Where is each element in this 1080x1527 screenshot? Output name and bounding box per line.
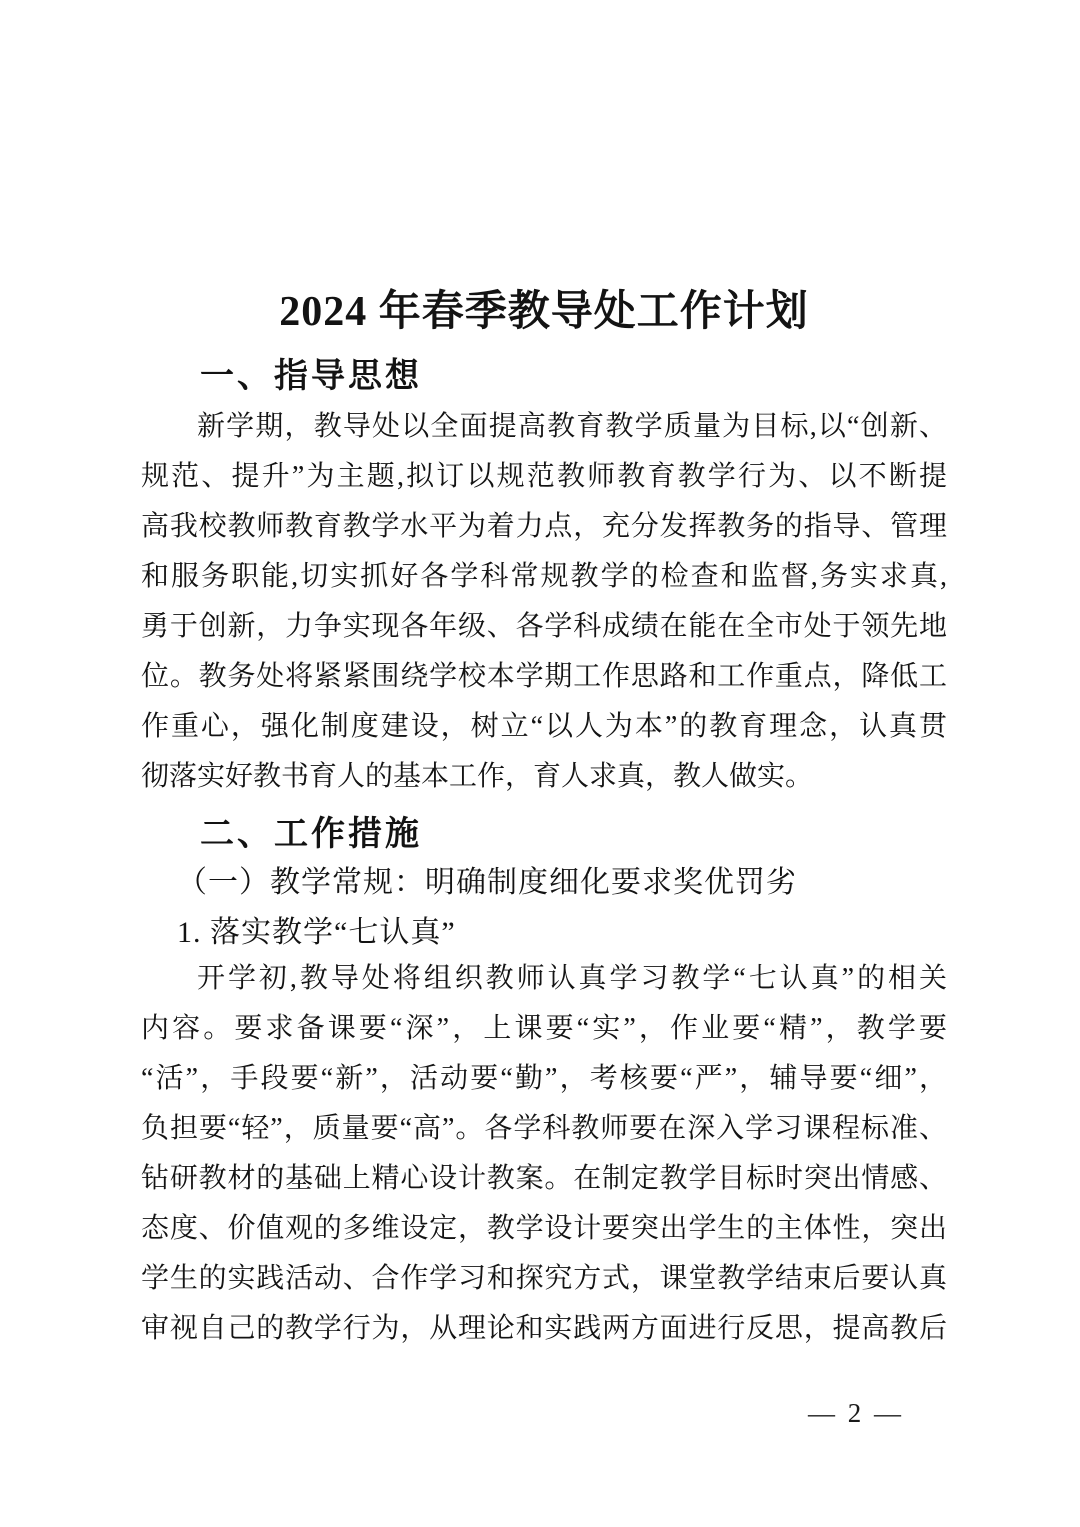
text-line: 彻落实好教书育人的基本工作，育人求真，教人做实。 (141, 752, 947, 802)
text-line: “活”，手段要“新”，活动要“勤”，考核要“严”，辅导要“细”， (141, 1054, 947, 1104)
document-content: 2024 年春季教导处工作计划 一、指导思想 新学期，教导处以全面提高教育教学质… (141, 0, 947, 1354)
section-heading-guiding-ideology: 一、指导思想 (141, 356, 947, 396)
page-number: — 2 — (808, 1398, 904, 1429)
text-line: 规范、提升”为主题,拟订以规范教师教育教学行为、以不断提 (141, 452, 947, 502)
text-line: 开学初,教导处将组织教师认真学习教学“七认真”的相关 (141, 954, 947, 1004)
text-line: 负担要“轻”，质量要“高”。各学科教师要在深入学习课程标准、 (141, 1104, 947, 1154)
text-line: 和服务职能,切实抓好各学科常规教学的检查和监督,务实求真, (141, 552, 947, 602)
paragraph-seven-seriousness: 开学初,教导处将组织教师认真学习教学“七认真”的相关内容。要求备课要“深”，上课… (141, 954, 947, 1354)
document-page: 2024 年春季教导处工作计划 一、指导思想 新学期，教导处以全面提高教育教学质… (0, 0, 1080, 1527)
text-line: 审视自己的教学行为，从理论和实践两方面进行反思，提高教后 (141, 1304, 947, 1354)
text-line: 高我校教师教育教学水平为着力点，充分发挥教务的指导、管理 (141, 502, 947, 552)
text-line: 位。教务处将紧紧围绕学校本学期工作思路和工作重点，降低工 (141, 652, 947, 702)
item-heading-seven-seriousness: 1. 落实教学“七认真” (141, 914, 947, 952)
text-line: 态度、价值观的多维设定，教学设计要突出学生的主体性，突出 (141, 1204, 947, 1254)
subsection-heading-teaching-routine: （一）教学常规：明确制度细化要求奖优罚劣 (141, 864, 947, 902)
section-heading-work-measures: 二、工作措施 (141, 814, 947, 854)
text-line: 新学期，教导处以全面提高教育教学质量为目标,以“创新、 (141, 402, 947, 452)
paragraph-guiding-ideology: 新学期，教导处以全面提高教育教学质量为目标,以“创新、规范、提升”为主题,拟订以… (141, 402, 947, 802)
document-title: 2024 年春季教导处工作计划 (141, 286, 947, 338)
text-line: 勇于创新，力争实现各年级、各学科成绩在能在全市处于领先地 (141, 602, 947, 652)
text-line: 钻研教材的基础上精心设计教案。在制定教学目标时突出情感、 (141, 1154, 947, 1204)
text-line: 作重心，强化制度建设，树立“以人为本”的教育理念，认真贯 (141, 702, 947, 752)
text-line: 内容。要求备课要“深”，上课要“实”，作业要“精”，教学要 (141, 1004, 947, 1054)
text-line: 学生的实践活动、合作学习和探究方式，课堂教学结束后要认真 (141, 1254, 947, 1304)
